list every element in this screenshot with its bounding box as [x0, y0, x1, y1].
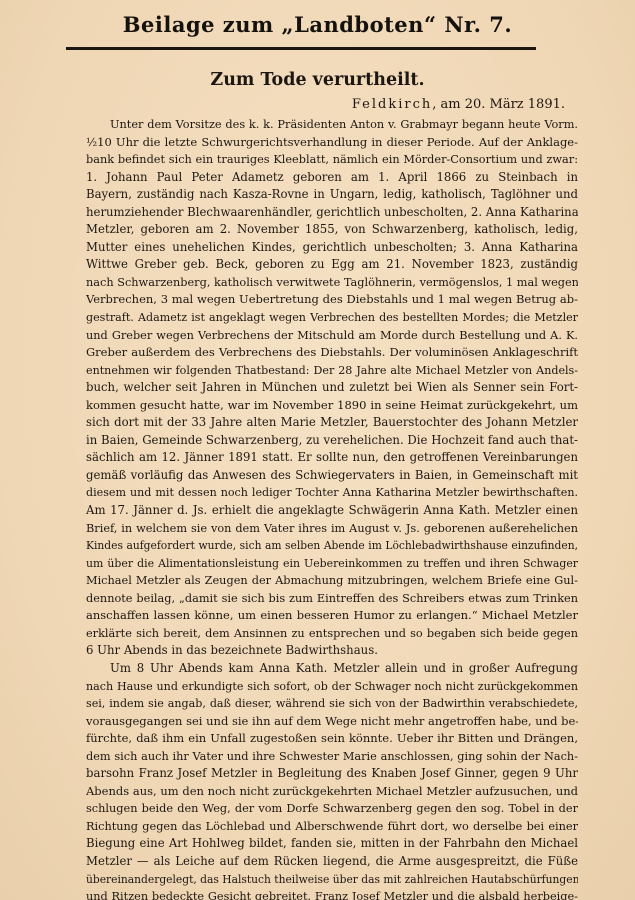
article-line: nach Schwarzenberg, katholisch verwitwet…: [86, 274, 578, 292]
article-line: sächlich am 12. Jänner 1891 statt. Er so…: [86, 449, 578, 467]
article-line: Brief, in welchem sie von dem Vater ihre…: [86, 520, 578, 538]
article-line: Verbrechen, 3 mal wegen Uebertretung des…: [86, 291, 578, 309]
article-line: buch, welcher seit Jahren in München und…: [86, 379, 578, 397]
masthead: Beilage zum „Landboten“ Nr. 7.: [0, 12, 635, 37]
article-line: 1. Johann Paul Peter Adametz geboren am …: [86, 169, 578, 187]
article-line: Richtung gegen das Löchlebad und Albersc…: [86, 818, 578, 836]
article-line: Abends aus, um den noch nicht zurückgeke…: [86, 783, 578, 801]
article-line: dennote beilag, „damit sie sich bis zum …: [86, 590, 578, 608]
article-line: in Baien, Gemeinde Schwarzenberg, zu ver…: [86, 432, 578, 450]
article-title: Zum Tode verurtheilt.: [0, 70, 635, 90]
article-line: Metzler — als Leiche auf dem Rücken lieg…: [86, 853, 578, 871]
article-line: nach Hause und erkundigte sich sofort, o…: [86, 678, 578, 696]
article-line: bank befindet sich ein trauriges Kleebla…: [86, 151, 578, 169]
article-line: Michael Metzler als Zeugen der Abmachung…: [86, 572, 578, 590]
article-line: Greber außerdem des Verbrechens des Dieb…: [86, 344, 578, 362]
article-line: 6 Uhr Abends in das bezeichnete Badwirth…: [86, 642, 578, 660]
article-line: anschaffen lassen könne, um einen besser…: [86, 607, 578, 625]
article-line: Metzler, geboren am 2. November 1855, vo…: [86, 221, 578, 239]
article-line: schlugen beide den Weg, der vom Dorfe Sc…: [86, 800, 578, 818]
dateline: Feldkirch, am 20. März 1891.: [352, 97, 565, 112]
article-line: Mutter eines unehelichen Kindes, gericht…: [86, 239, 578, 257]
article-body: Unter dem Vorsitze des k. k. Präsidenten…: [86, 116, 578, 900]
article-line: Biegung eine Art Hohlweg bildet, fanden …: [86, 835, 578, 853]
article-line: sich dort mit der 33 Jahre alten Marie M…: [86, 414, 578, 432]
article-line: ½10 Uhr die letzte Schwurgerichtsverhand…: [86, 134, 578, 152]
article-line: und Greber wegen Verbrechens der Mitschu…: [86, 327, 578, 345]
article-line: Um 8 Uhr Abends kam Anna Kath. Metzler a…: [86, 660, 578, 678]
article-line: Bayern, zuständig nach Kasza-Rovne in Un…: [86, 186, 578, 204]
article-line: entnehmen wir folgenden Thatbestand: Der…: [86, 362, 578, 380]
article-line: sei, indem sie angab, daß dieser, währen…: [86, 695, 578, 713]
article-line: übereinandergelegt, das Halstuch theilwe…: [86, 871, 578, 889]
article-line: gestraft. Adametz ist angeklagt wegen Ve…: [86, 309, 578, 327]
article-line: Wittwe Greber geb. Beck, geboren zu Egg …: [86, 256, 578, 274]
article-line: Unter dem Vorsitze des k. k. Präsidenten…: [86, 116, 578, 134]
article-line: herumziehender Blechwaarenhändler, geric…: [86, 204, 578, 222]
article-line: fürchte, daß ihm ein Unfall zugestoßen s…: [86, 730, 578, 748]
masthead-rule: [66, 47, 536, 50]
article-line: diesem und mit dessen noch lediger Tocht…: [86, 484, 578, 502]
article-line: gemäß vorläufig das Anwesen des Schwiege…: [86, 467, 578, 485]
article-line: und Ritzen bedeckte Gesicht gebreitet. F…: [86, 888, 578, 900]
article-line: vorausgegangen sei und sie ihn auf dem W…: [86, 713, 578, 731]
article-line: Am 17. Jänner d. Js. erhielt die angekla…: [86, 502, 578, 520]
article-line: Kindes aufgefordert wurde, sich am selbe…: [86, 537, 578, 555]
dateline-place: Feldkirch: [352, 97, 432, 112]
article-line: dem sich auch ihr Vater und ihre Schwest…: [86, 748, 578, 766]
article-line: kommen gesucht hatte, war im November 18…: [86, 397, 578, 415]
article-line: um über die Alimentationsleistung ein Ue…: [86, 555, 578, 573]
article-line: erklärte sich bereit, dem Ansinnen zu en…: [86, 625, 578, 643]
article-line: barsohn Franz Josef Metzler in Begleitun…: [86, 765, 578, 783]
dateline-date: , am 20. März 1891.: [432, 97, 565, 112]
